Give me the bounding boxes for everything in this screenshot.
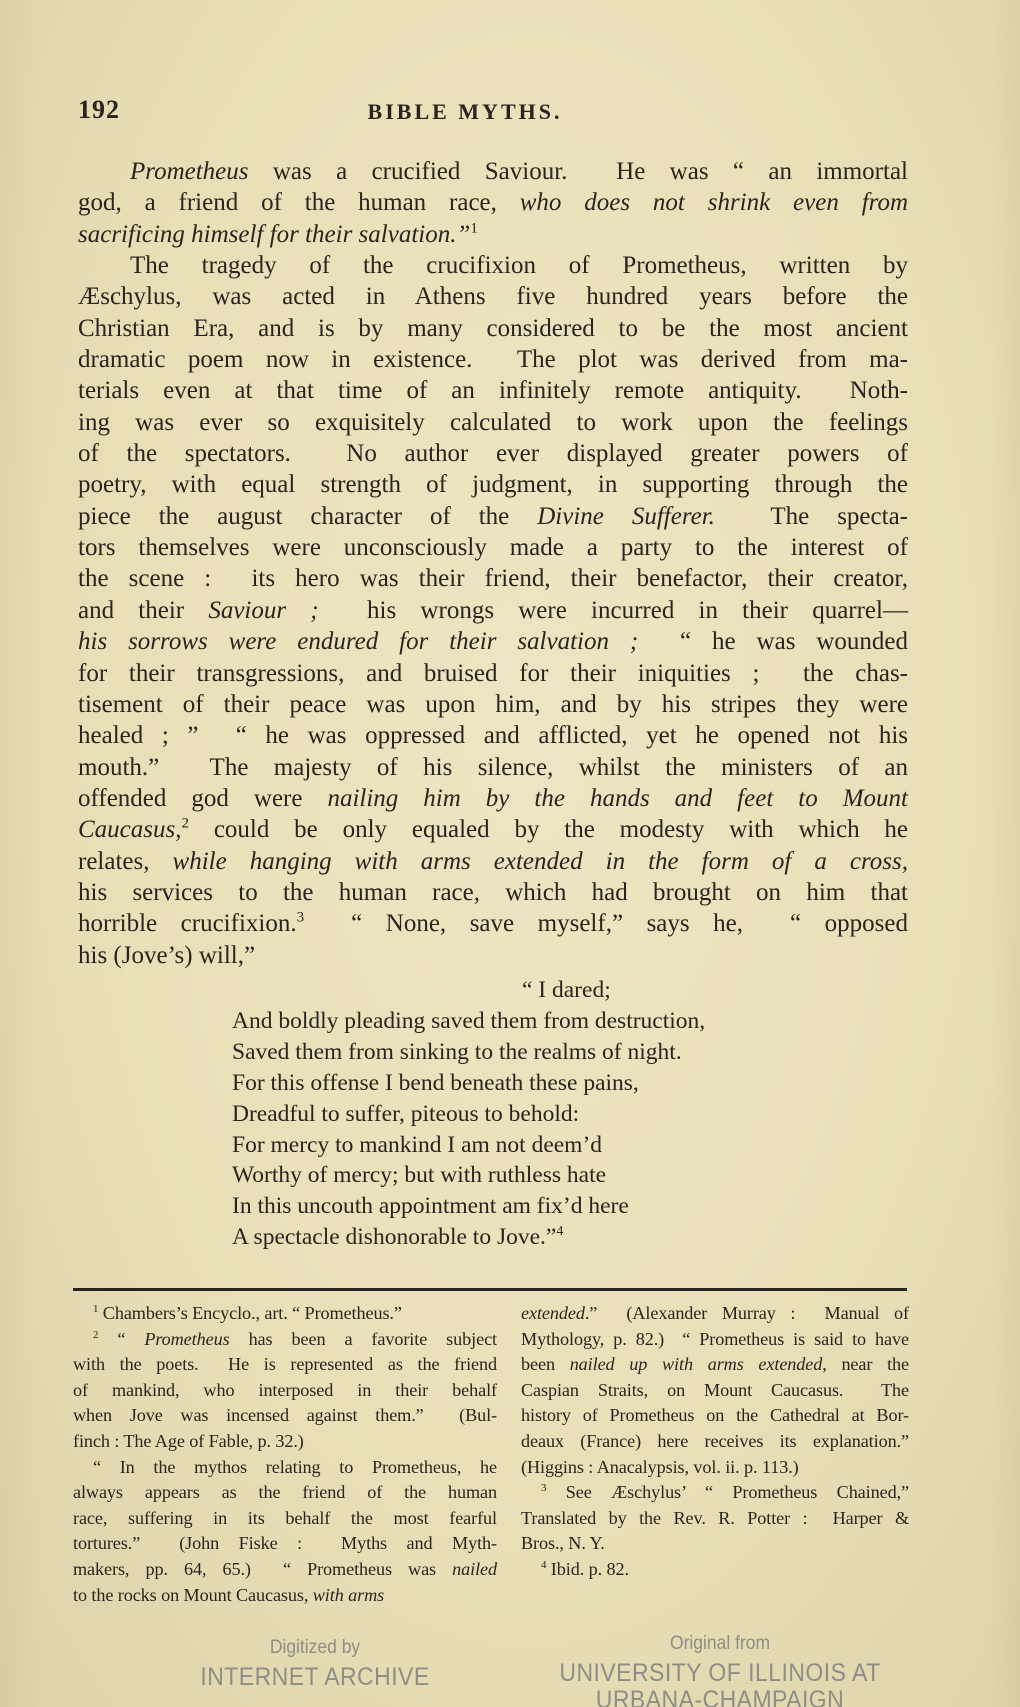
- text-segment: tisement of their peace was upon him, an…: [78, 691, 908, 718]
- text-segment: .” (Alexander Murray : Manual of: [585, 1303, 909, 1323]
- text-line: of the spectators. No author ever displa…: [78, 438, 908, 469]
- text-segment: Dreadful to suffer, piteous to behold:: [232, 1101, 579, 1127]
- text-segment: deaux (France) here receives its explana…: [521, 1431, 909, 1451]
- text-line: horrible crucifixion.3 “ None, save myse…: [78, 908, 908, 939]
- text-line: extended.” (Alexander Murray : Manual of: [521, 1301, 909, 1327]
- text-segment: Bros., N. Y.: [521, 1533, 605, 1553]
- text-line: terials even at that time of an infinite…: [78, 375, 908, 406]
- text-line: with the poets. He is represented as the…: [73, 1352, 497, 1378]
- text-segment: Saved them from sinking to the realms of…: [232, 1039, 682, 1065]
- text-line: The tragedy of the crucifixion of Promet…: [78, 250, 908, 281]
- text-segment: terials even at that time of an infinite…: [78, 377, 908, 404]
- text-segment: for their transgressions, and bruised fo…: [78, 660, 908, 687]
- digitized-by-label: Digitized by: [154, 1637, 476, 1659]
- text-segment: offended god were: [78, 785, 327, 812]
- italic-text-segment: while hanging with arms extended in the …: [173, 848, 909, 875]
- text-segment: with the poets. He is represented as the…: [73, 1354, 497, 1374]
- text-segment: race, suffering in its behalf the most f…: [73, 1508, 497, 1528]
- text-line: piece the august character of the Divine…: [78, 501, 908, 532]
- text-segment: the scene : its hero was their friend, t…: [78, 565, 908, 592]
- text-line: 2 “ Prometheus has been a favorite subje…: [73, 1327, 497, 1353]
- text-segment: was a crucified Saviour. He was “ an imm…: [249, 158, 909, 185]
- italic-text-segment: Prometheus: [130, 158, 249, 185]
- footnote-reference-mark: 1: [470, 220, 478, 236]
- text-line: sacrificing himself for their salvation.…: [78, 219, 908, 250]
- text-line: tortures.” (John Fiske : Myths and Myth-: [73, 1531, 497, 1557]
- text-segment: In this uncouth appointment am fix’d her…: [232, 1193, 629, 1219]
- text-line: “ In the mythos relating to Prometheus, …: [73, 1455, 497, 1481]
- text-line: Prometheus was a crucified Saviour. He w…: [78, 156, 908, 187]
- text-segment: been: [521, 1354, 570, 1374]
- text-segment: mouth.” The majesty of his silence, whil…: [78, 754, 908, 781]
- text-line: race, suffering in its behalf the most f…: [73, 1506, 497, 1532]
- italic-text-segment: who does not shrink even from: [520, 189, 908, 216]
- text-segment: his services to the human race, which ha…: [78, 879, 908, 906]
- text-line: 1 Chambers’s Encyclo., art. “ Prometheus…: [73, 1301, 497, 1327]
- footnotes-left-column: 1 Chambers’s Encyclo., art. “ Prometheus…: [73, 1301, 497, 1608]
- text-line: makers, pp. 64, 65.) “ Prometheus was na…: [73, 1557, 497, 1583]
- text-segment: For this offense I bend beneath these pa…: [232, 1070, 639, 1096]
- text-segment: tors themselves were unconsciously made …: [78, 534, 908, 561]
- book-page-scan: 192 BIBLE MYTHS. Prometheus was a crucif…: [0, 0, 1020, 1707]
- text-segment: poetry, with equal strength of judgment,…: [78, 471, 908, 498]
- text-segment: The specta-: [715, 503, 908, 530]
- text-line: tisement of their peace was upon him, an…: [78, 689, 908, 720]
- digitized-by-watermark: Digitized by INTERNET ARCHIVE: [154, 1637, 476, 1691]
- italic-text-segment: nailing him by the hands and feet to Mou…: [327, 785, 908, 812]
- text-line: to the rocks on Mount Caucasus, with arm…: [73, 1583, 497, 1609]
- text-segment: could be only equaled by the modesty wit…: [189, 816, 908, 843]
- text-line: Saved them from sinking to the realms of…: [232, 1037, 842, 1068]
- text-line: his services to the human race, which ha…: [78, 877, 908, 908]
- text-segment: , near the: [822, 1354, 909, 1374]
- text-segment: For mercy to mankind I am not deem’d: [232, 1132, 602, 1158]
- text-segment: Caspian Straits, on Mount Caucasus. The: [521, 1380, 909, 1400]
- text-segment: his (Jove’s) will,”: [78, 942, 255, 969]
- text-segment: (Higgins : Anacalypsis, vol. ii. p. 113.…: [521, 1457, 799, 1477]
- text-segment: “ None, save myself,” says he, “ opposed: [304, 910, 908, 937]
- text-line: A spectacle dishonorable to Jove.”4: [232, 1222, 842, 1253]
- text-line: god, a friend of the human race, who doe…: [78, 187, 908, 218]
- text-line: Worthy of mercy; but with ruthless hate: [232, 1160, 842, 1191]
- italic-text-segment: sacrificing himself for their salvation.…: [78, 221, 470, 248]
- text-segment: history of Prometheus on the Cathedral a…: [521, 1405, 909, 1425]
- poem-quote: “ I dared;And boldly pleading saved them…: [232, 975, 842, 1253]
- text-segment: horrible crucifixion.: [78, 910, 297, 937]
- text-segment: “ I dared;: [522, 977, 611, 1003]
- text-segment: See Æschylus’ “ Prometheus Chained,”: [546, 1482, 909, 1502]
- text-line: Caucasus,2 could be only equaled by the …: [78, 814, 908, 845]
- text-segment: makers, pp. 64, 65.) “ Prometheus was: [73, 1559, 452, 1579]
- italic-text-segment: with arms: [313, 1585, 384, 1605]
- text-line: finch : The Age of Fable, p. 32.): [73, 1429, 497, 1455]
- text-line: (Higgins : Anacalypsis, vol. ii. p. 113.…: [521, 1455, 909, 1481]
- text-line: 3 See Æschylus’ “ Prometheus Chained,”: [521, 1480, 909, 1506]
- text-segment: god, a friend of the human race,: [78, 189, 520, 216]
- italic-text-segment: Divine Sufferer.: [537, 503, 715, 530]
- text-line: and their Saviour ; his wrongs were incu…: [78, 595, 908, 626]
- text-segment: “ he was wounded: [638, 628, 908, 655]
- text-segment: of the spectators. No author ever displa…: [78, 440, 908, 467]
- text-segment: Æschylus, was acted in Athens five hundr…: [78, 283, 908, 310]
- text-segment: Ibid. p. 82.: [546, 1559, 629, 1579]
- text-line: Æschylus, was acted in Athens five hundr…: [78, 281, 908, 312]
- text-line: when Jove was incensed against them.” (B…: [73, 1403, 497, 1429]
- text-line: offended god were nailing him by the han…: [78, 783, 908, 814]
- text-line: his sorrows were endured for their salva…: [78, 626, 908, 657]
- text-segment: of mankind, who interposed in their beha…: [73, 1380, 497, 1400]
- original-from-label: Original from: [545, 1633, 895, 1655]
- text-line: Christian Era, and is by many considered…: [78, 313, 908, 344]
- text-line: healed ; ” “ he was oppressed and afflic…: [78, 720, 908, 751]
- text-line: Translated by the Rev. R. Potter : Harpe…: [521, 1506, 909, 1532]
- text-line: In this uncouth appointment am fix’d her…: [232, 1191, 842, 1222]
- text-segment: And boldly pleading saved them from dest…: [232, 1008, 705, 1034]
- digitized-by-org: INTERNET ARCHIVE: [154, 1664, 476, 1691]
- text-segment: dramatic poem now in existence. The plot…: [78, 346, 908, 373]
- italic-text-segment: nailed: [452, 1559, 497, 1579]
- text-segment: when Jove was incensed against them.” (B…: [73, 1405, 497, 1425]
- text-segment: piece the august character of the: [78, 503, 537, 530]
- footnote-divider-rule: [73, 1288, 907, 1291]
- text-segment: always appears as the friend of the huma…: [73, 1482, 497, 1502]
- italic-text-segment: Caucasus,: [78, 816, 181, 843]
- footnote-reference-mark: 4: [556, 1223, 563, 1239]
- text-line: the scene : its hero was their friend, t…: [78, 563, 908, 594]
- text-line: Dreadful to suffer, piteous to behold:: [232, 1099, 842, 1130]
- text-segment: healed ; ” “ he was oppressed and afflic…: [78, 722, 908, 749]
- body-text: Prometheus was a crucified Saviour. He w…: [78, 156, 908, 971]
- italic-text-segment: nailed up with arms extended: [570, 1354, 823, 1374]
- text-line: dramatic poem now in existence. The plot…: [78, 344, 908, 375]
- text-line: And boldly pleading saved them from dest…: [232, 1006, 842, 1037]
- text-line: For this offense I bend beneath these pa…: [232, 1068, 842, 1099]
- running-header-title: BIBLE MYTHS.: [50, 99, 880, 125]
- text-segment: ing was ever so exquisitely calculated t…: [78, 409, 908, 436]
- text-segment: Christian Era, and is by many considered…: [78, 315, 908, 342]
- text-line: always appears as the friend of the huma…: [73, 1480, 497, 1506]
- text-segment: his wrongs were incurred in their quarre…: [319, 597, 908, 624]
- text-segment: Chambers’s Encyclo., art. “ Prometheus.”: [98, 1303, 402, 1323]
- text-segment: Mythology, p. 82.) “ Prometheus is said …: [521, 1329, 909, 1349]
- text-segment: Worthy of mercy; but with ruthless hate: [232, 1162, 606, 1188]
- text-line: “ I dared;: [232, 975, 842, 1006]
- text-line: relates, while hanging with arms extende…: [78, 846, 908, 877]
- text-segment: “: [98, 1329, 144, 1349]
- original-from-watermark: Original from UNIVERSITY OF ILLINOIS AT …: [545, 1633, 895, 1707]
- text-segment: tortures.” (John Fiske : Myths and Myth-: [73, 1533, 497, 1553]
- text-segment: Translated by the Rev. R. Potter : Harpe…: [521, 1508, 909, 1528]
- text-line: Mythology, p. 82.) “ Prometheus is said …: [521, 1327, 909, 1353]
- text-line: history of Prometheus on the Cathedral a…: [521, 1403, 909, 1429]
- text-line: For mercy to mankind I am not deem’d: [232, 1130, 842, 1161]
- footnote-reference-mark: 2: [181, 816, 189, 832]
- text-line: deaux (France) here receives its explana…: [521, 1429, 909, 1455]
- footnotes-right-column: extended.” (Alexander Murray : Manual of…: [521, 1301, 909, 1583]
- italic-text-segment: Prometheus: [144, 1329, 229, 1349]
- text-segment: has been a favorite subject: [230, 1329, 497, 1349]
- text-line: for their transgressions, and bruised fo…: [78, 658, 908, 689]
- footnote-reference-mark: 3: [297, 910, 305, 926]
- text-line: his (Jove’s) will,”: [78, 940, 908, 971]
- text-segment: finch : The Age of Fable, p. 32.): [73, 1431, 304, 1451]
- text-line: been nailed up with arms extended, near …: [521, 1352, 909, 1378]
- original-from-org-line2: URBANA-CHAMPAIGN: [545, 1687, 895, 1707]
- text-segment: The tragedy of the crucifixion of Promet…: [130, 252, 908, 279]
- italic-text-segment: his sorrows were endured for their salva…: [78, 628, 638, 655]
- text-line: tors themselves were unconsciously made …: [78, 532, 908, 563]
- text-line: ing was ever so exquisitely calculated t…: [78, 407, 908, 438]
- original-from-org-line1: UNIVERSITY OF ILLINOIS AT: [545, 1660, 895, 1687]
- text-line: Caspian Straits, on Mount Caucasus. The: [521, 1378, 909, 1404]
- text-line: poetry, with equal strength of judgment,…: [78, 469, 908, 500]
- text-line: of mankind, who interposed in their beha…: [73, 1378, 497, 1404]
- text-segment: to the rocks on Mount Caucasus,: [73, 1585, 313, 1605]
- text-line: Bros., N. Y.: [521, 1531, 909, 1557]
- text-segment: A spectacle dishonorable to Jove.”: [232, 1224, 556, 1250]
- text-line: mouth.” The majesty of his silence, whil…: [78, 752, 908, 783]
- italic-text-segment: Saviour ;: [208, 597, 318, 624]
- text-segment: and their: [78, 597, 208, 624]
- text-line: 4 Ibid. p. 82.: [521, 1557, 909, 1583]
- italic-text-segment: extended: [521, 1303, 585, 1323]
- text-segment: “ In the mythos relating to Prometheus, …: [93, 1457, 497, 1477]
- text-segment: relates,: [78, 848, 173, 875]
